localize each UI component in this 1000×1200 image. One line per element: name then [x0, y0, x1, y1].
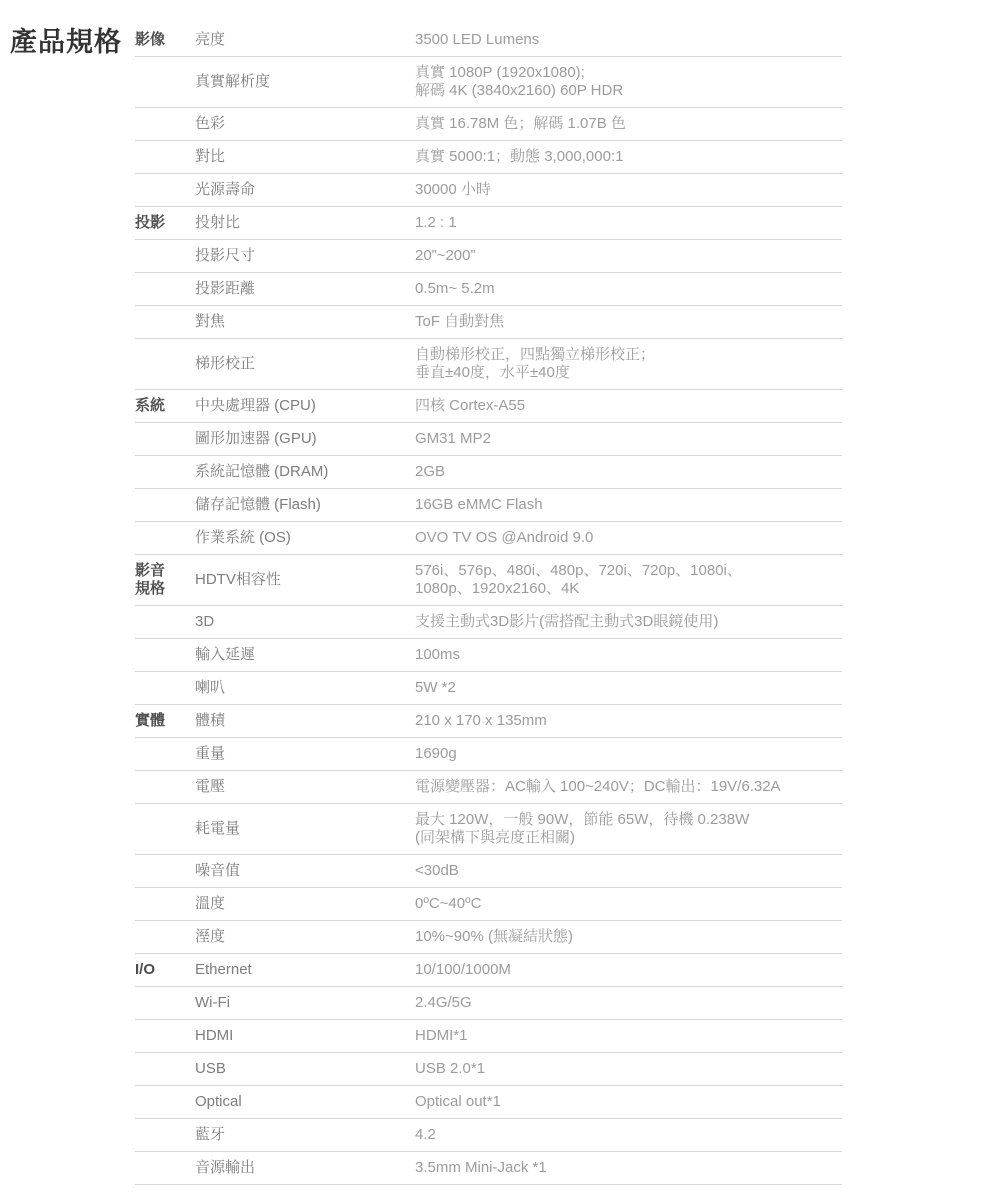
spec-label: Wi-Fi — [195, 994, 415, 1012]
spec-label: 重量 — [195, 745, 415, 763]
spec-row: 實體體積210 x 170 x 135mm — [135, 705, 842, 738]
spec-row: 投影投射比1.2 : 1 — [135, 207, 842, 240]
spec-row: HDMIHDMI*1 — [135, 1020, 842, 1053]
spec-label: 投射比 — [195, 214, 415, 232]
spec-label: 儲存記憶體 (Flash) — [195, 496, 415, 514]
spec-category-label: 投影 — [135, 214, 195, 232]
spec-label: 藍牙 — [195, 1126, 415, 1144]
spec-row: 溼度10%~90% (無凝結狀態) — [135, 921, 842, 954]
spec-label: 亮度 — [195, 31, 415, 49]
spec-row: USBUSB 2.0*1 — [135, 1053, 842, 1086]
spec-row: I/OEthernet10/100/1000M — [135, 954, 842, 987]
spec-label: 對比 — [195, 148, 415, 166]
spec-value: 16GB eMMC Flash — [415, 496, 842, 514]
spec-value: <30dB — [415, 862, 842, 880]
spec-label: 作業系統 (OS) — [195, 529, 415, 547]
spec-value: 3500 LED Lumens — [415, 31, 842, 49]
spec-category-label: 影像 — [135, 31, 195, 49]
spec-label: 輸入延遲 — [195, 646, 415, 664]
spec-label: 電壓 — [195, 778, 415, 796]
spec-value: 自動梯形校正，四點獨立梯形校正； 垂直±40度，水平±40度 — [415, 346, 842, 382]
spec-row: 3D支援主動式3D影片(需搭配主動式3D眼鏡使用) — [135, 606, 842, 639]
spec-label: 色彩 — [195, 115, 415, 133]
spec-row: 投影尺寸20”~200” — [135, 240, 842, 273]
spec-label: 系統記憶體 (DRAM) — [195, 463, 415, 481]
spec-label: 中央處理器 (CPU) — [195, 397, 415, 415]
spec-value: 10%~90% (無凝結狀態) — [415, 928, 842, 946]
spec-row: 對焦ToF 自動對焦 — [135, 306, 842, 339]
spec-value: OVO TV OS @Android 9.0 — [415, 529, 842, 547]
spec-row: 藍牙4.2 — [135, 1119, 842, 1152]
spec-value: 2.4G/5G — [415, 994, 842, 1012]
spec-label: Ethernet — [195, 961, 415, 979]
spec-value: 3.5mm Mini-Jack *1 — [415, 1159, 842, 1177]
product-spec-page: 產品規格 影像亮度3500 LED Lumens真實解析度真實 1080P (1… — [0, 0, 1000, 1200]
spec-row: 圖形加速器 (GPU)GM31 MP2 — [135, 423, 842, 456]
spec-value: 2GB — [415, 463, 842, 481]
spec-label: 3D — [195, 613, 415, 631]
spec-row: 喇叭5W *2 — [135, 672, 842, 705]
spec-label: Optical — [195, 1093, 415, 1111]
spec-value: 四核 Cortex-A55 — [415, 397, 842, 415]
spec-row: 系統記憶體 (DRAM)2GB — [135, 456, 842, 489]
spec-row: 音源輸出3.5mm Mini-Jack *1 — [135, 1152, 842, 1185]
spec-value: 支援主動式3D影片(需搭配主動式3D眼鏡使用) — [415, 613, 842, 631]
spec-row: 耗電量最大 120W，一般 90W，節能 65W，待機 0.238W (同架構下… — [135, 804, 842, 855]
spec-row: 影像亮度3500 LED Lumens — [135, 24, 842, 57]
spec-value: Optical out*1 — [415, 1093, 842, 1111]
spec-row: 作業系統 (OS)OVO TV OS @Android 9.0 — [135, 522, 842, 555]
spec-value: USB 2.0*1 — [415, 1060, 842, 1078]
spec-value: 576i、576p、480i、480p、720i、720p、1080i、 108… — [415, 562, 842, 598]
spec-value: 真實 5000:1；動態 3,000,000:1 — [415, 148, 842, 166]
spec-label: 耗電量 — [195, 820, 415, 838]
spec-value: 100ms — [415, 646, 842, 664]
spec-row: 投影距離0.5m~ 5.2m — [135, 273, 842, 306]
spec-label: 圖形加速器 (GPU) — [195, 430, 415, 448]
spec-label: 噪音值 — [195, 862, 415, 880]
spec-value: 10/100/1000M — [415, 961, 842, 979]
spec-value: GM31 MP2 — [415, 430, 842, 448]
spec-value: 電源變壓器：AC輸入 100~240V；DC輸出：19V/6.32A — [415, 778, 842, 796]
spec-value: 真實 1080P (1920x1080); 解碼 4K (3840x2160) … — [415, 64, 842, 100]
spec-row: 梯形校正自動梯形校正，四點獨立梯形校正； 垂直±40度，水平±40度 — [135, 339, 842, 390]
spec-category-label: 實體 — [135, 712, 195, 730]
spec-value: 0ºC~40ºC — [415, 895, 842, 913]
spec-row: 系統中央處理器 (CPU)四核 Cortex-A55 — [135, 390, 842, 423]
spec-label: 音源輸出 — [195, 1159, 415, 1177]
spec-label: 對焦 — [195, 313, 415, 331]
spec-row: 影音 規格HDTV相容性576i、576p、480i、480p、720i、720… — [135, 555, 842, 606]
spec-label: 真實解析度 — [195, 73, 415, 91]
spec-table: 影像亮度3500 LED Lumens真實解析度真實 1080P (1920x1… — [135, 24, 842, 1185]
spec-category-label: 影音 規格 — [135, 562, 195, 598]
spec-row: 儲存記憶體 (Flash)16GB eMMC Flash — [135, 489, 842, 522]
spec-value: 30000 小時 — [415, 181, 842, 199]
spec-row: OpticalOptical out*1 — [135, 1086, 842, 1119]
spec-value: 1690g — [415, 745, 842, 763]
spec-value: 最大 120W，一般 90W，節能 65W，待機 0.238W (同架構下與亮度… — [415, 811, 842, 847]
spec-category-label: 系統 — [135, 397, 195, 415]
spec-label: 溫度 — [195, 895, 415, 913]
spec-label: 溼度 — [195, 928, 415, 946]
spec-label: 投影距離 — [195, 280, 415, 298]
spec-row: 噪音值<30dB — [135, 855, 842, 888]
spec-value: ToF 自動對焦 — [415, 313, 842, 331]
spec-row: 真實解析度真實 1080P (1920x1080); 解碼 4K (3840x2… — [135, 57, 842, 108]
spec-label: USB — [195, 1060, 415, 1078]
spec-row: Wi-Fi2.4G/5G — [135, 987, 842, 1020]
spec-row: 對比真實 5000:1；動態 3,000,000:1 — [135, 141, 842, 174]
spec-value: HDMI*1 — [415, 1027, 842, 1045]
spec-row: 溫度0ºC~40ºC — [135, 888, 842, 921]
spec-label: 梯形校正 — [195, 355, 415, 373]
spec-value: 真實 16.78M 色；解碼 1.07B 色 — [415, 115, 842, 133]
spec-row: 重量1690g — [135, 738, 842, 771]
spec-row: 輸入延遲100ms — [135, 639, 842, 672]
spec-row: 色彩真實 16.78M 色；解碼 1.07B 色 — [135, 108, 842, 141]
spec-category-label: I/O — [135, 961, 195, 979]
spec-row: 光源壽命30000 小時 — [135, 174, 842, 207]
spec-value: 5W *2 — [415, 679, 842, 697]
spec-label: HDTV相容性 — [195, 571, 415, 589]
spec-label: 喇叭 — [195, 679, 415, 697]
spec-label: 投影尺寸 — [195, 247, 415, 265]
spec-value: 0.5m~ 5.2m — [415, 280, 842, 298]
spec-label: 光源壽命 — [195, 181, 415, 199]
spec-value: 1.2 : 1 — [415, 214, 842, 232]
spec-value: 4.2 — [415, 1126, 842, 1144]
spec-value: 20”~200” — [415, 247, 842, 265]
page-title: 產品規格 — [10, 20, 122, 59]
spec-value: 210 x 170 x 135mm — [415, 712, 842, 730]
spec-row: 電壓電源變壓器：AC輸入 100~240V；DC輸出：19V/6.32A — [135, 771, 842, 804]
spec-label: 體積 — [195, 712, 415, 730]
spec-label: HDMI — [195, 1027, 415, 1045]
